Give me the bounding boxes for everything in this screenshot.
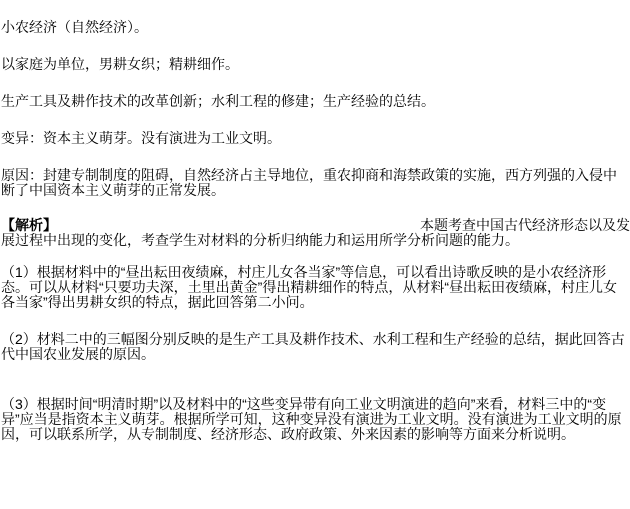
answer-characteristics: 以家庭为单位，男耕女织；精耕细作。: [1, 57, 630, 72]
analysis-label: 【解析】: [1, 218, 57, 233]
answer-development-reasons: 生产工具及耕作技术的改革创新；水利工程的修建；生产经验的总结。: [1, 94, 630, 109]
document-page: 小农经济（自然经济）。 以家庭为单位，男耕女织；精耕细作。 生产工具及耕作技术的…: [0, 0, 630, 509]
answer-economy-type: 小农经济（自然经济）。: [1, 20, 630, 35]
analysis-intro-start: 本题考查中国古代经济形态以及发: [420, 218, 630, 233]
answer-variation: 变异：资本主义萌芽。没有演进为工业文明。: [1, 131, 630, 146]
analysis-point-1: （1）根据材料中的“昼出耘田夜绩麻，村庄儿女各当家”等信息，可以看出诗歌反映的是…: [1, 265, 630, 310]
analysis-intro-continuation: 展过程中出现的变化，考查学生对材料的分析归纳能力和运用所学分析问题的能力。: [1, 233, 630, 248]
answer-causes: 原因：封建专制制度的阻碍，自然经济占主导地位，重农抑商和海禁政策的实施，西方列强…: [1, 168, 630, 198]
analysis-header-line: 【解析】 本题考查中国古代经济形态以及发: [1, 218, 630, 233]
analysis-point-2: （2）材料二中的三幅图分别反映的是生产工具及耕作技术、水利工程和生产经验的总结，…: [1, 332, 630, 362]
analysis-point-3: （3）根据时间“明清时期”以及材料中的“这些变异带有向工业文明演进的趋向”来看，…: [1, 397, 630, 442]
